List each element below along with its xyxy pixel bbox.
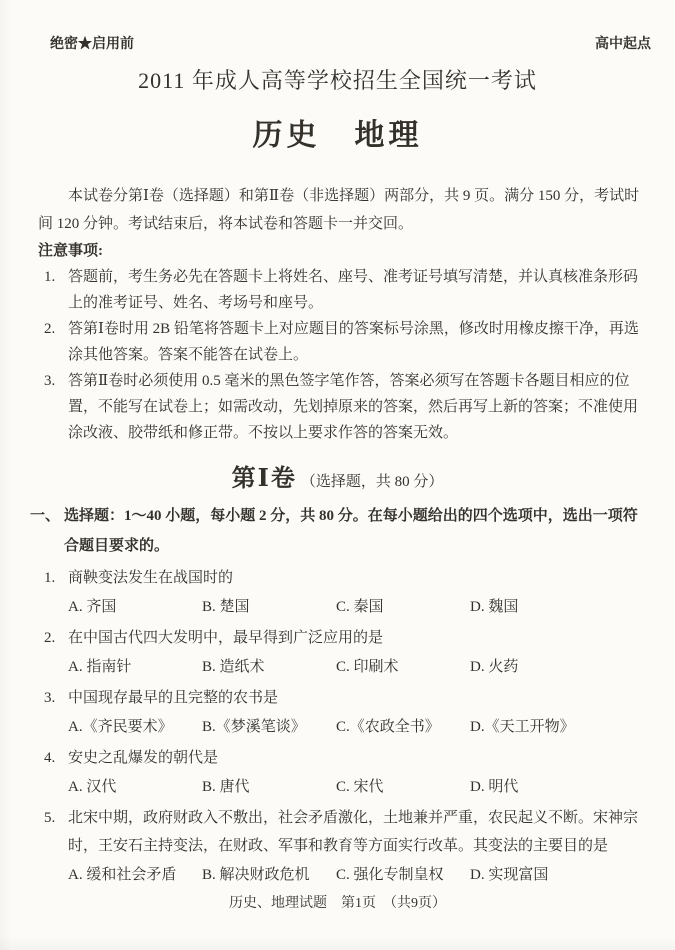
option-c: C. 强化专制皇权 — [336, 861, 470, 889]
option-d: D. 魏国 — [470, 593, 518, 621]
part-number: 一、 — [30, 501, 64, 561]
question-number: 2. — [44, 624, 68, 652]
option-c: C. 印刷术 — [336, 653, 470, 681]
exam-title: 2011 年成人高等学校招生全国统一考试 — [0, 68, 675, 94]
option-c: C. 秦国 — [336, 593, 470, 621]
options-row: A. 指南针 B. 造纸术 C. 印刷术 D. 火药 — [68, 653, 655, 681]
options-row: A. 齐国 B. 楚国 C. 秦国 D. 魏国 — [68, 593, 655, 621]
question-number: 3. — [44, 684, 68, 712]
notice-text: 答题前，考生务必先在答题卡上将姓名、座号、准考证号填写清楚，并认真核准条形码上的… — [68, 264, 649, 316]
option-a: A. 指南针 — [68, 653, 202, 681]
notice-list: 1. 答题前，考生务必先在答题卡上将姓名、座号、准考证号填写清楚，并认真核准条形… — [44, 264, 649, 446]
option-a: A. 汉代 — [68, 773, 202, 801]
question-stem: 商鞅变法发生在战国时的 — [68, 564, 655, 592]
options-row: A. 缓和社会矛盾 B. 解决财政危机 C. 强化专制皇权 D. 实现富国 — [68, 861, 655, 889]
question-1: 1. 商鞅变法发生在战国时的 A. 齐国 B. 楚国 C. 秦国 D. 魏国 — [44, 564, 655, 621]
security-classification-label: 绝密★启用前 — [50, 36, 134, 54]
option-b: B. 解决财政危机 — [202, 861, 336, 889]
question-stem-line: 2. 在中国古代四大发明中，最早得到广泛应用的是 — [44, 624, 655, 652]
question-stem-line: 5. 北宋中期，政府财政入不敷出，社会矛盾激化，土地兼并严重，农民起义不断。宋神… — [44, 804, 655, 860]
notice-item-1: 1. 答题前，考生务必先在答题卡上将姓名、座号、准考证号填写清楚，并认真核准条形… — [44, 264, 649, 316]
page-header: 绝密★启用前 高中起点 — [0, 0, 675, 54]
question-2: 2. 在中国古代四大发明中，最早得到广泛应用的是 A. 指南针 B. 造纸术 C… — [44, 624, 655, 681]
section-subtitle: （选择题，共 80 分） — [301, 474, 444, 490]
exam-intro-paragraph: 本试卷分第Ⅰ卷（选择题）和第Ⅱ卷（非选择题）两部分，共 9 页。满分 150 分… — [38, 182, 650, 238]
part-instruction-text: 选择题：1～40 小题，每小题 2 分，共 80 分。在每小题给出的四个选项中，… — [64, 501, 650, 561]
question-stem: 中国现存最早的且完整的农书是 — [68, 684, 655, 712]
option-c: C. 宋代 — [336, 773, 470, 801]
question-number: 1. — [44, 564, 68, 592]
notice-number: 3. — [44, 368, 68, 446]
question-stem: 在中国古代四大发明中，最早得到广泛应用的是 — [68, 624, 655, 652]
page-footer: 历史、地理试题 第1页 （共9页） — [0, 892, 675, 912]
question-number: 4. — [44, 744, 68, 772]
options-row: A.《齐民要术》 B.《梦溪笔谈》 C.《农政全书》 D.《天工开物》 — [68, 713, 655, 741]
question-4: 4. 安史之乱爆发的朝代是 A. 汉代 B. 唐代 C. 宋代 D. 明代 — [44, 744, 655, 801]
question-stem-line: 1. 商鞅变法发生在战国时的 — [44, 564, 655, 592]
question-stem: 安史之乱爆发的朝代是 — [68, 744, 655, 772]
option-b: B. 楚国 — [202, 593, 336, 621]
part-instruction: 一、 选择题：1～40 小题，每小题 2 分，共 80 分。在每小题给出的四个选… — [30, 501, 650, 561]
question-number: 5. — [44, 804, 68, 860]
option-a: A. 齐国 — [68, 593, 202, 621]
entry-level-label: 高中起点 — [595, 36, 651, 54]
subject-title: 历史 地理 — [0, 118, 675, 154]
notice-number: 1. — [44, 264, 68, 316]
section-title: 第Ⅰ卷 — [232, 466, 297, 492]
exam-paper-page: 绝密★启用前 高中起点 2011 年成人高等学校招生全国统一考试 历史 地理 本… — [0, 0, 675, 950]
option-d: D. 明代 — [470, 773, 518, 801]
notice-text: 答第Ⅱ卷时必须使用 0.5 毫米的黑色签字笔作答，答案必须写在答题卡各题目相应的… — [68, 368, 649, 446]
option-d: D.《天工开物》 — [470, 713, 575, 741]
notice-title: 注意事项: — [38, 238, 675, 264]
section-header: 第Ⅰ卷 （选择题，共 80 分） — [0, 458, 675, 493]
option-a: A.《齐民要术》 — [68, 713, 202, 741]
option-b: B. 造纸术 — [202, 653, 336, 681]
question-list: 1. 商鞅变法发生在战国时的 A. 齐国 B. 楚国 C. 秦国 D. 魏国 2… — [44, 564, 655, 889]
question-stem-line: 4. 安史之乱爆发的朝代是 — [44, 744, 655, 772]
question-3: 3. 中国现存最早的且完整的农书是 A.《齐民要术》 B.《梦溪笔谈》 C.《农… — [44, 684, 655, 741]
options-row: A. 汉代 B. 唐代 C. 宋代 D. 明代 — [68, 773, 655, 801]
option-b: B. 唐代 — [202, 773, 336, 801]
question-5: 5. 北宋中期，政府财政入不敷出，社会矛盾激化，土地兼并严重，农民起义不断。宋神… — [44, 804, 655, 889]
notice-text: 答第Ⅰ卷时用 2B 铅笔将答题卡上对应题目的答案标号涂黑，修改时用橡皮擦干净，再… — [68, 316, 649, 368]
option-d: D. 火药 — [470, 653, 518, 681]
question-stem-line: 3. 中国现存最早的且完整的农书是 — [44, 684, 655, 712]
option-c: C.《农政全书》 — [336, 713, 470, 741]
option-b: B.《梦溪笔谈》 — [202, 713, 336, 741]
question-stem: 北宋中期，政府财政入不敷出，社会矛盾激化，土地兼并严重，农民起义不断。宋神宗时，… — [68, 804, 655, 860]
notice-item-2: 2. 答第Ⅰ卷时用 2B 铅笔将答题卡上对应题目的答案标号涂黑，修改时用橡皮擦干… — [44, 316, 649, 368]
option-d: D. 实现富国 — [470, 861, 548, 889]
notice-item-3: 3. 答第Ⅱ卷时必须使用 0.5 毫米的黑色签字笔作答，答案必须写在答题卡各题目… — [44, 368, 649, 446]
option-a: A. 缓和社会矛盾 — [68, 861, 202, 889]
notice-number: 2. — [44, 316, 68, 368]
